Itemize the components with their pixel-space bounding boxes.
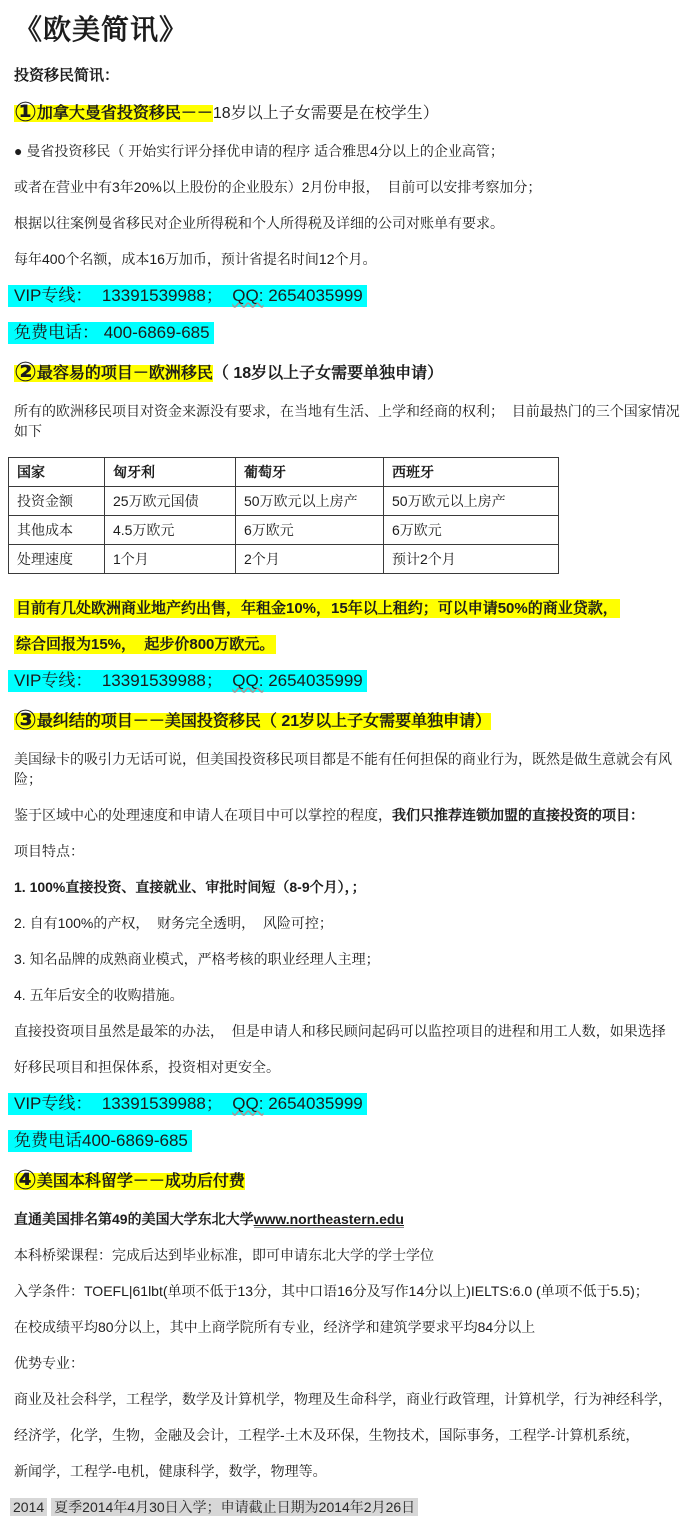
qq-number: 2654035999 <box>263 1094 362 1113</box>
vip-phone: VIP专线： 13391539988； <box>14 286 232 305</box>
table-cell: 预计2个月 <box>384 545 559 574</box>
application-deadline-line: 2014夏季2014年4月30日入学；申请截止日期为2014年2月26日 <box>10 1497 686 1517</box>
paragraph-manitoba-tax: 根据以往案例曼省移民对企业所得税和个人所得税及详细的公司对账单有要求。 <box>14 213 686 233</box>
table-row-other-costs: 其他成本 4.5万欧元 6万欧元 6万欧元 <box>9 516 559 545</box>
table-cell: 其他成本 <box>9 516 105 545</box>
circled-number-1: ① <box>14 97 37 127</box>
paragraph-majors-line2: 经济学，化学，生物，金融及会计，工程学-土木及环保，生物技术，国际事务，工程学-… <box>14 1425 686 1445</box>
page-title: 《欧美简讯》 <box>14 8 686 48</box>
paragraph-safer-investment: 好移民项目和担保体系，投资相对更安全。 <box>14 1057 686 1077</box>
free-phone-line-2: 免费电话400-6869-685 <box>8 1130 686 1152</box>
circled-number-4: ④ <box>14 1165 37 1195</box>
vip-contact-line-3: VIP专线： 13391539988； QQ: 2654035999 <box>8 1093 686 1115</box>
table-cell: 6万欧元 <box>384 516 559 545</box>
feature-item-4: 4. 五年后安全的收购措施。 <box>14 985 686 1005</box>
section3-heading-highlight: 最纠结的项目－－美国投资移民（ 21岁以上子女需要单独申请） <box>37 713 491 730</box>
vip-phone: VIP专线： 13391539988； <box>14 1094 232 1113</box>
circled-number-3: ③ <box>14 705 37 735</box>
section2-heading-rest: （ 18岁以上子女需要单独申请） <box>213 365 443 382</box>
vip-contact-line-2: VIP专线： 13391539988； QQ: 2654035999 <box>8 670 686 692</box>
table-cell: 50万欧元以上房产 <box>384 487 559 516</box>
highlight-return-rate: 综合回报为15%， 起步价800万欧元。 <box>14 634 686 655</box>
paragraph-features-label: 项目特点： <box>14 841 686 861</box>
section-subtitle: 投资移民简讯： <box>14 64 686 85</box>
section2-heading-highlight: 最容易的项目－欧洲移民 <box>37 365 213 382</box>
table-header-row: 国家 匈牙利 葡萄牙 西班牙 <box>9 458 559 487</box>
free-phone-line-1: 免费电话： 400-6869-685 <box>8 322 686 344</box>
deadline-text: 夏季2014年4月30日入学；申请截止日期为2014年2月26日 <box>51 1498 418 1516</box>
paragraph-majors-label: 优势专业： <box>14 1353 686 1373</box>
paragraph-gpa-requirements: 在校成绩平均80分以上，其中上商学院所有专业，经济学和建筑学要求平均84分以上 <box>14 1317 686 1337</box>
highlight-commercial-property: 目前有几处欧洲商业地产约出售，年租金10%，15年以上租约；可以申请50%的商业… <box>14 598 686 619</box>
table-cell: 处理速度 <box>9 545 105 574</box>
paragraph-manitoba-bullet: ● 曼省投资移民（ 开始实行评分择优申请的程序 适合雅思4分以上的企业高管； <box>14 141 686 161</box>
paragraph-majors-line3: 新闻学，工程学-电机，健康科学，数学，物理等。 <box>14 1461 686 1481</box>
section1-heading: ①加拿大曼省投资移民－－18岁以上子女需要是在校学生） <box>14 99 686 129</box>
feature-item-3: 3. 知名品牌的成熟商业模式，严格考核的职业经理人主理； <box>14 949 686 969</box>
circled-number-2: ② <box>14 357 37 387</box>
paragraph-bridge-course: 本科桥梁课程：完成后达到毕业标准，即可申请东北大学的学士学位 <box>14 1245 686 1265</box>
table-cell: 25万欧元国债 <box>105 487 236 516</box>
table-cell: 4.5万欧元 <box>105 516 236 545</box>
paragraph-europe-intro: 所有的欧洲移民项目对资金来源没有要求，在当地有生活、上学和经商的权利； 目前最热… <box>14 401 686 441</box>
table-cell: 6万欧元 <box>236 516 384 545</box>
table-header-spain: 西班牙 <box>384 458 559 487</box>
section2-heading: ②最容易的项目－欧洲移民（ 18岁以上子女需要单独申请） <box>14 359 686 389</box>
feature-item-2: 2. 自有100%的产权， 财务完全透明， 风险可控； <box>14 913 686 933</box>
table-cell: 投资金额 <box>9 487 105 516</box>
qq-number: 2654035999 <box>263 671 362 690</box>
paragraph-manitoba-quota: 每年400个名额，成本16万加币，预计省提名时间12个月。 <box>14 249 686 269</box>
table-cell: 50万欧元以上房产 <box>236 487 384 516</box>
paragraph-regional-center: 鉴于区域中心的处理速度和申请人在项目中可以掌控的程度，我们只推荐连锁加盟的直接投… <box>14 805 686 825</box>
paragraph-northeastern: 直通美国排名第49的美国大学东北大学www.northeastern.edu <box>14 1209 686 1229</box>
qq-number: 2654035999 <box>263 286 362 305</box>
qq-label: QQ: <box>232 671 263 690</box>
northeastern-url-link[interactable]: www.northeastern.edu <box>254 1211 404 1228</box>
section4-heading: ④美国本科留学－－成功后付费 <box>14 1167 686 1197</box>
section1-heading-rest: 18岁以上子女需要是在校学生） <box>213 105 439 122</box>
paragraph-direct-investment: 直接投资项目虽然是最笨的办法， 但是申请人和移民顾问起码可以监控项目的进程和用工… <box>14 1021 686 1041</box>
section1-heading-highlight: 加拿大曼省投资移民－－ <box>37 105 213 122</box>
feature-item-1: 1. 100%直接投资、直接就业、审批时间短（8-9个月），； <box>14 877 686 897</box>
paragraph-manitoba-shareholder: 或者在营业中有3年20%以上股份的企业股东）2月份申报， 目前可以安排考察加分； <box>14 177 686 197</box>
vip-contact-line-1: VIP专线： 13391539988； QQ: 2654035999 <box>8 285 686 307</box>
table-header-portugal: 葡萄牙 <box>236 458 384 487</box>
qq-label: QQ: <box>232 286 263 305</box>
paragraph-majors-line1: 商业及社会科学，工程学，数学及计算机学，物理及生命科学，商业行政管理，计算机学，… <box>14 1389 686 1409</box>
paragraph-greencard: 美国绿卡的吸引力无话可说，但美国投资移民项目都是不能有任何担保的商业行为，既然是… <box>14 749 686 789</box>
newsletter-document: 《欧美简讯》 投资移民简讯： ①加拿大曼省投资移民－－18岁以上子女需要是在校学… <box>0 0 700 1529</box>
deadline-year: 2014 <box>10 1498 47 1516</box>
table-row-investment: 投资金额 25万欧元国债 50万欧元以上房产 50万欧元以上房产 <box>9 487 559 516</box>
section4-heading-highlight: 美国本科留学－－成功后付费 <box>37 1173 245 1190</box>
qq-label: QQ: <box>232 1094 263 1113</box>
table-row-processing-speed: 处理速度 1个月 2个月 预计2个月 <box>9 545 559 574</box>
vip-phone: VIP专线： 13391539988； <box>14 671 232 690</box>
table-cell: 2个月 <box>236 545 384 574</box>
free-phone: 免费电话400-6869-685 <box>8 1130 192 1152</box>
free-phone: 免费电话： 400-6869-685 <box>8 322 214 344</box>
table-header-hungary: 匈牙利 <box>105 458 236 487</box>
paragraph-admission-requirements: 入学条件：TOEFL|61lbt(单项不低于13分，其中口语16分及写作14分以… <box>14 1281 686 1301</box>
country-comparison-table: 国家 匈牙利 葡萄牙 西班牙 投资金额 25万欧元国债 50万欧元以上房产 50… <box>8 457 559 574</box>
section3-heading: ③最纠结的项目－－美国投资移民（ 21岁以上子女需要单独申请） <box>14 707 686 737</box>
table-cell: 1个月 <box>105 545 236 574</box>
table-header-country: 国家 <box>9 458 105 487</box>
